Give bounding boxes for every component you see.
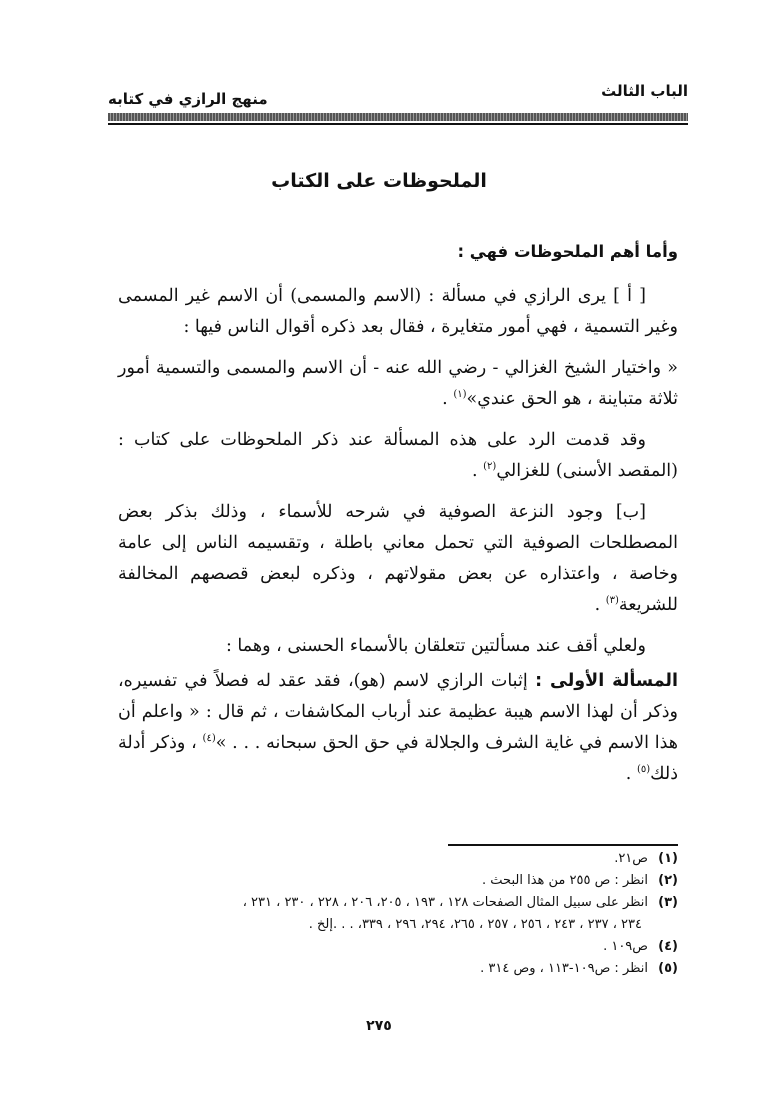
footnote-number: (٥) — [658, 961, 678, 976]
footnote-number: (٤) — [658, 939, 678, 954]
book-section-label: منهج الرازي في كتابه — [108, 90, 268, 108]
footnote-number: (١) — [658, 851, 678, 866]
footnote-4: (٤) ص١٠٩ . — [98, 936, 678, 958]
paragraph-a-reply: وقد قدمت الرد على هذه المسألة عند ذكر ال… — [118, 425, 678, 487]
footnote-ref-2[interactable]: (٢) — [483, 461, 496, 472]
two-issues-intro: ولعلي أقف عند مسألتين تتعلقان بالأسماء ا… — [118, 631, 678, 662]
paragraph-b: [ب] وجود النزعة الصوفية في شرحه للأسماء … — [118, 497, 678, 621]
header-rule-band — [108, 113, 688, 121]
body-text: وأما أهم الملحوظات فهي : [ أ ] يرى الراز… — [118, 236, 678, 800]
punctuation: . — [442, 389, 453, 409]
footnote-3: (٣) انظر على سبيل المثال الصفحات ١٢٨ ، ١… — [98, 892, 678, 914]
footnote-separator — [448, 844, 678, 846]
paragraph-a: [ أ ] يرى الرازي في مسألة : (الاسم والمس… — [118, 281, 678, 343]
running-header: الباب الثالث منهج الرازي في كتابه — [108, 82, 688, 108]
book-page: الباب الثالث منهج الرازي في كتابه الملحو… — [0, 0, 758, 1108]
punctuation: . — [472, 461, 483, 481]
first-issue-label: المسألة الأولى : — [535, 671, 678, 691]
punctuation: . — [595, 595, 606, 615]
footnotes: (١) ص٢١. (٢) انظر : ص ٢٥٥ من هذا البحث .… — [98, 848, 678, 980]
footnote-number: (٣) — [658, 895, 678, 910]
footnote-number: (٢) — [658, 873, 678, 888]
chapter-label: الباب الثالث — [601, 82, 688, 100]
footnote-ref-4[interactable]: (٤) — [203, 733, 216, 744]
paragraph-b-label: [ب] — [616, 502, 646, 522]
intro-heading: وأما أهم الملحوظات فهي : — [118, 236, 678, 267]
footnote-ref-1[interactable]: (١) — [453, 389, 466, 400]
footnote-text: انظر : ص ٢٥٥ من هذا البحث . — [482, 873, 648, 888]
footnote-3-continued: ٢٣٤ ، ٢٣٧ ، ٢٤٣ ، ٢٥٦ ، ٢٥٧ ، ٢٦٥، ٢٩٤، … — [98, 914, 678, 936]
section-title: الملحوظات على الكتاب — [0, 170, 758, 192]
punctuation: . — [626, 764, 637, 784]
footnote-ref-3[interactable]: (٣) — [606, 595, 619, 606]
footnote-ref-5[interactable]: (٥) — [637, 764, 650, 775]
first-issue: المسألة الأولى : إثبات الرازي لاسم (هو)،… — [118, 666, 678, 790]
footnote-1: (١) ص٢١. — [98, 848, 678, 870]
paragraph-a-text: يرى الرازي في مسألة : (الاسم والمسمى) أن… — [118, 286, 678, 337]
footnote-text: ص١٠٩ . — [603, 939, 648, 954]
quote-text: « واختيار الشيخ الغزالي - رضي الله عنه -… — [118, 358, 678, 409]
footnote-text: انظر : ص١٠٩-١١٣ ، وص ٣١٤ . — [480, 961, 648, 976]
footnote-2: (٢) انظر : ص ٢٥٥ من هذا البحث . — [98, 870, 678, 892]
reply-text: وقد قدمت الرد على هذه المسألة عند ذكر ال… — [118, 430, 678, 481]
page-number: ٢٧٥ — [0, 1018, 758, 1034]
paragraph-a-label: [ أ ] — [613, 286, 646, 306]
header-rule-line — [108, 123, 688, 125]
footnote-5: (٥) انظر : ص١٠٩-١١٣ ، وص ٣١٤ . — [98, 958, 678, 980]
paragraph-a-quote: « واختيار الشيخ الغزالي - رضي الله عنه -… — [118, 353, 678, 415]
footnote-text: ص٢١. — [614, 851, 648, 866]
footnote-text: انظر على سبيل المثال الصفحات ١٢٨ ، ١٩٣ ،… — [243, 895, 648, 910]
